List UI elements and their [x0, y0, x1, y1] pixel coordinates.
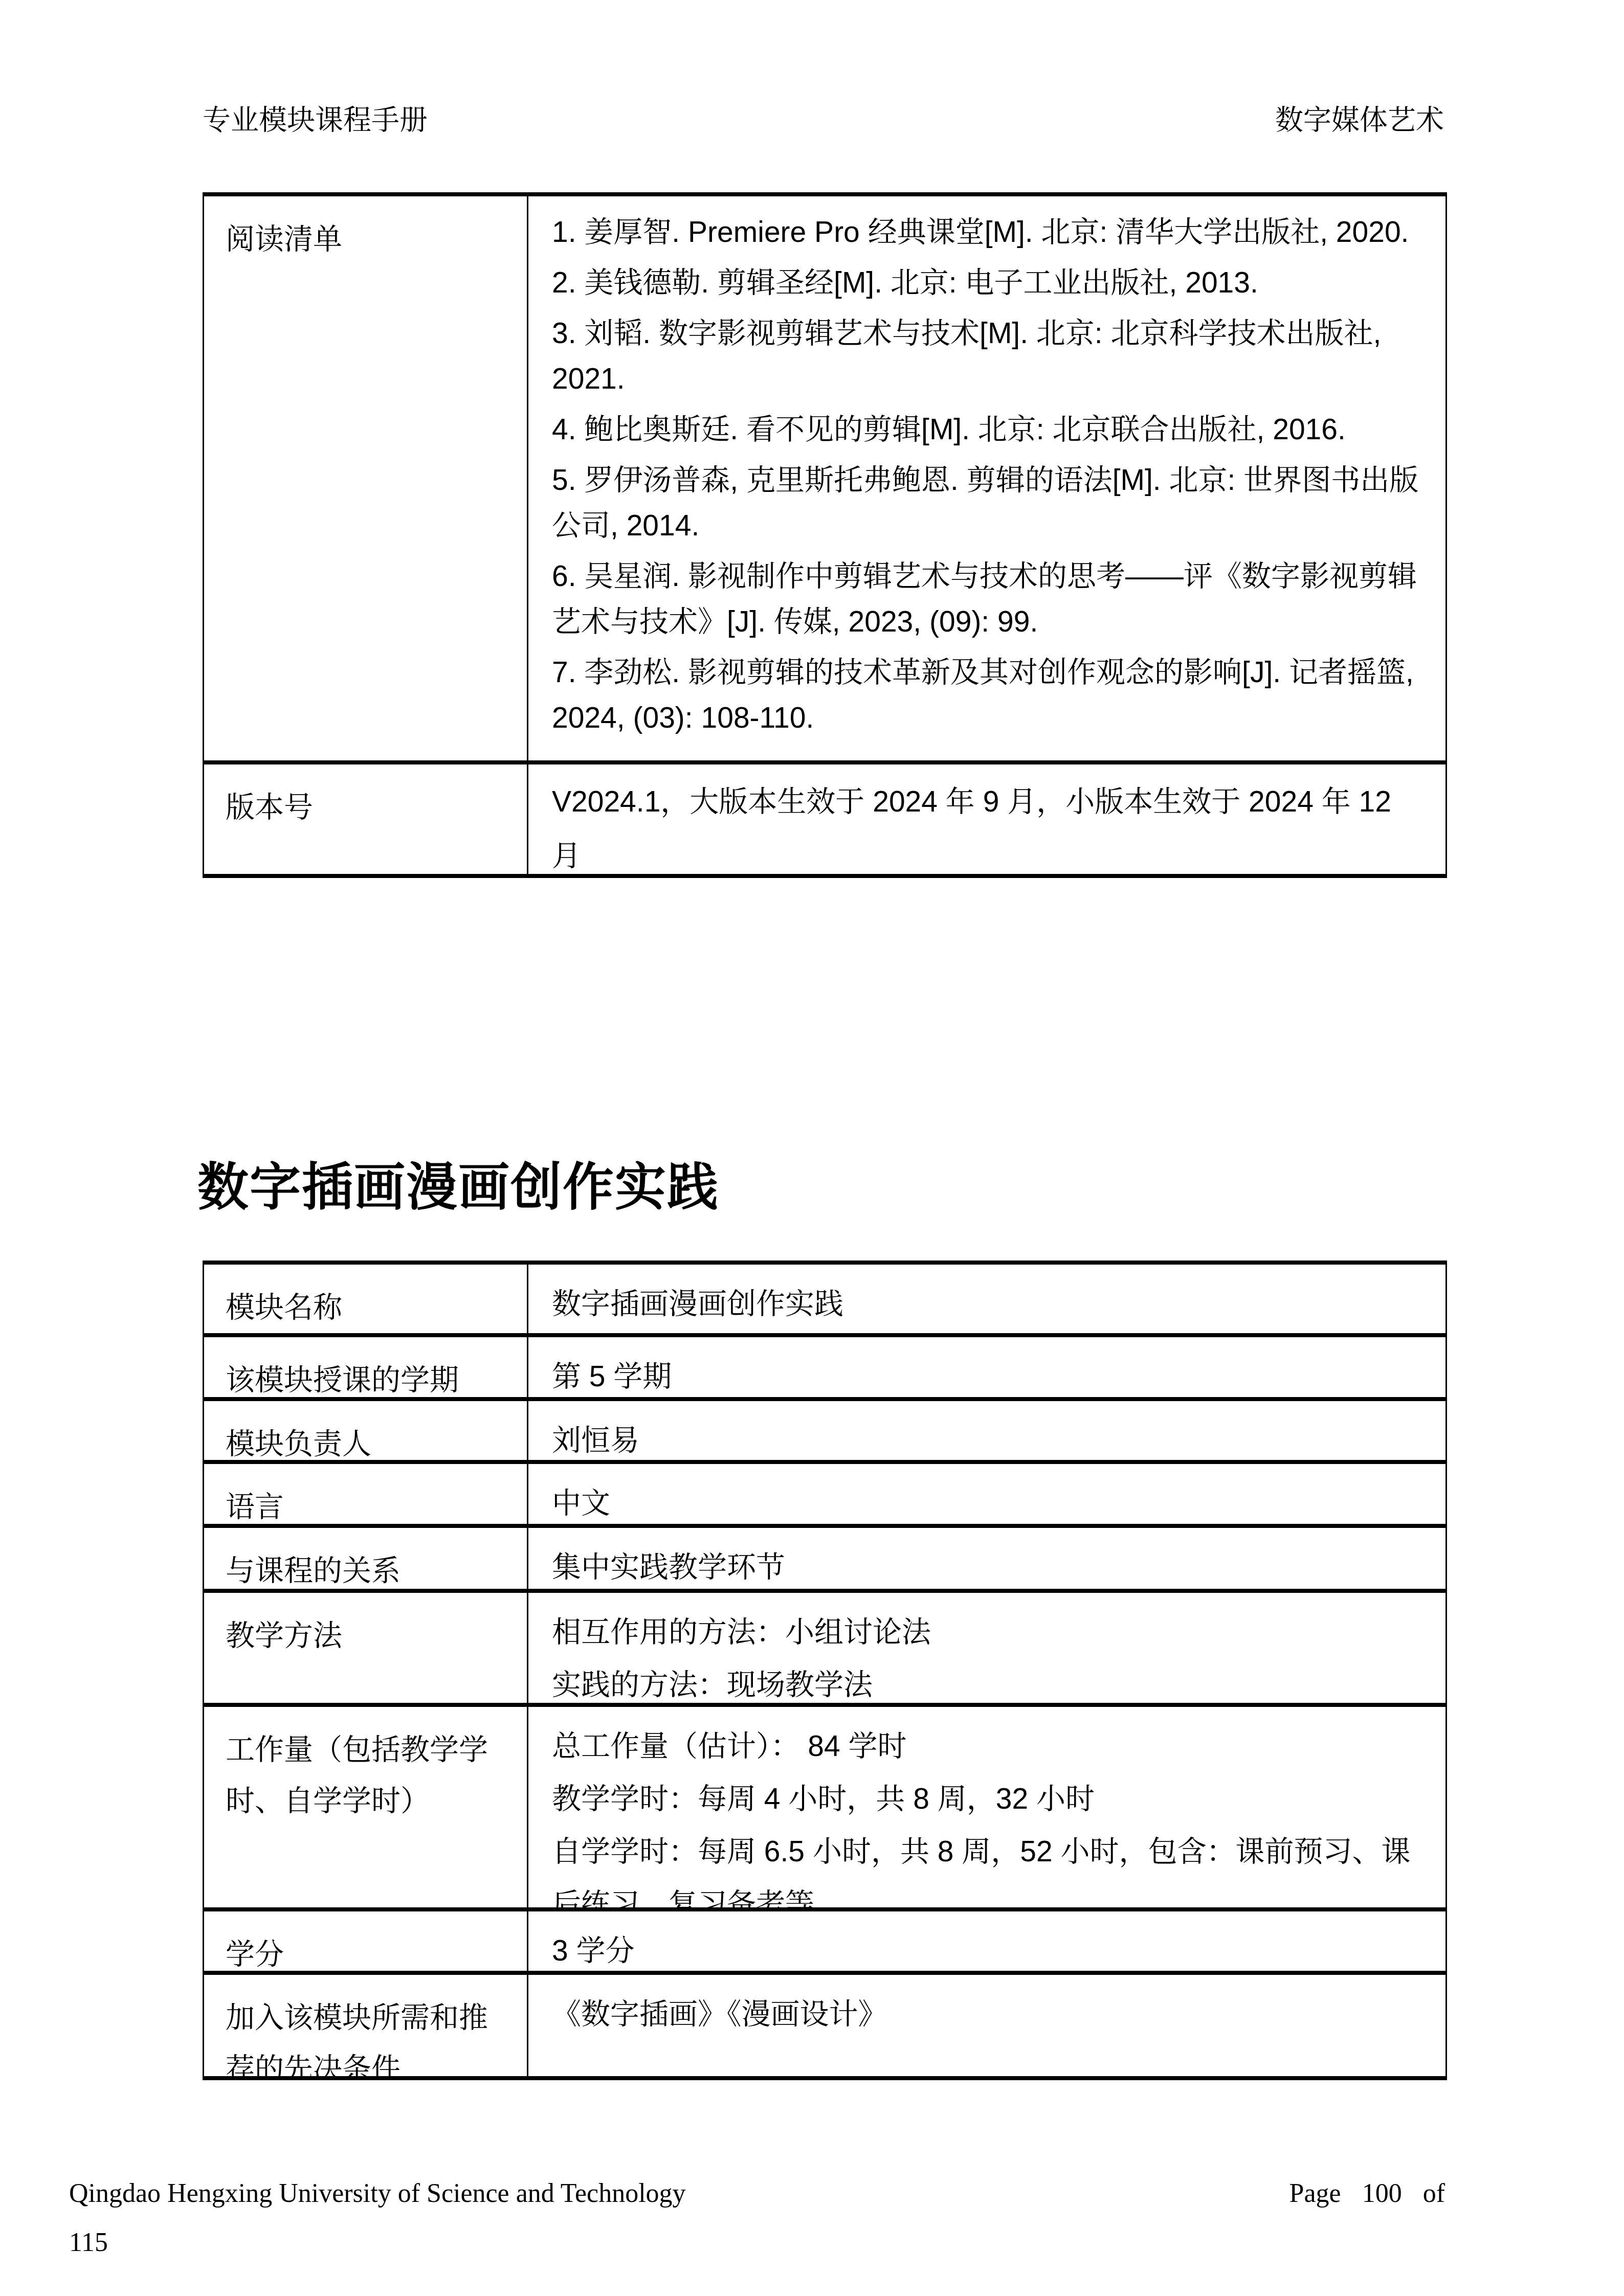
row-label: 教学方法	[204, 1593, 528, 1703]
header-doc-title: 专业模块课程手册	[203, 101, 428, 138]
reading-item: 1. 姜厚智. Premiere Pro 经典课堂[M]. 北京: 清华大学出版…	[552, 210, 1427, 255]
footer-page-number: Page 100 of	[1289, 2169, 1445, 2218]
value-line: 相互作用的方法：小组讨论法	[552, 1606, 1427, 1659]
table-row-credits: 学分 3 学分	[204, 1907, 1445, 1971]
row-value: 总工作量（估计）： 84 学时 教学学时：每周 4 小时，共 8 周，32 小时…	[528, 1707, 1445, 1907]
table-row-reading-list: 阅读清单 1. 姜厚智. Premiere Pro 经典课堂[M]. 北京: 清…	[204, 196, 1445, 760]
row-value: 相互作用的方法：小组讨论法 实践的方法：现场教学法	[528, 1593, 1445, 1703]
row-label: 语言	[204, 1464, 528, 1524]
reading-item: 2. 美钱德勒. 剪辑圣经[M]. 北京: 电子工业出版社, 2013.	[552, 260, 1427, 306]
row-value: 3 学分	[528, 1911, 1445, 1971]
row-value: 《数字插画》《漫画设计》	[528, 1975, 1445, 2076]
value-line: 3 学分	[552, 1925, 1427, 1971]
table-row-prerequisites: 加入该模块所需和推荐的先决条件 《数字插画》《漫画设计》	[204, 1971, 1445, 2076]
value-line: 教学学时：每周 4 小时，共 8 周，32 小时	[552, 1773, 1427, 1826]
header-program-name: 数字媒体艺术	[1275, 101, 1444, 138]
reading-item: 7. 李劲松. 影视剪辑的技术革新及其对创作观念的影响[J]. 记者摇篮, 20…	[552, 650, 1427, 741]
value-line: 实践的方法：现场教学法	[552, 1659, 1427, 1703]
row-value: 第 5 学期	[528, 1337, 1445, 1397]
value-line: 刘恒易	[552, 1414, 1427, 1460]
value-line: 集中实践教学环节	[552, 1541, 1427, 1589]
version-value: V2024.1，大版本生效于 2024 年 9 月，小版本生效于 2024 年 …	[528, 764, 1445, 874]
footer-line-1: Qingdao Hengxing University of Science a…	[69, 2169, 1445, 2218]
row-label: 模块负责人	[204, 1401, 528, 1460]
table-row-workload: 工作量（包括教学学时、自学学时） 总工作量（估计）： 84 学时 教学学时：每周…	[204, 1703, 1445, 1907]
row-label: 加入该模块所需和推荐的先决条件	[204, 1975, 528, 2076]
table-row-version: 版本号 V2024.1，大版本生效于 2024 年 9 月，小版本生效于 202…	[204, 760, 1445, 874]
row-value: 中文	[528, 1464, 1445, 1524]
row-value: 数字插画漫画创作实践	[528, 1265, 1445, 1333]
row-label: 版本号	[204, 764, 528, 874]
footer-university: Qingdao Hengxing University of Science a…	[69, 2169, 686, 2218]
row-label: 与课程的关系	[204, 1528, 528, 1589]
row-label: 该模块授课的学期	[204, 1337, 528, 1397]
page-header: 专业模块课程手册 数字媒体艺术	[203, 101, 1444, 138]
module-info-table: 模块名称 数字插画漫画创作实践 该模块授课的学期 第 5 学期 模块负责人 刘恒…	[203, 1260, 1447, 2080]
version-line: V2024.1，大版本生效于 2024 年 9 月，小版本生效于 2024 年 …	[552, 775, 1427, 874]
value-line: 《数字插画》《漫画设计》	[552, 1988, 1427, 2041]
section-title: 数字插画漫画创作实践	[197, 1157, 719, 1218]
table-row-curriculum-relation: 与课程的关系 集中实践教学环节	[204, 1524, 1445, 1589]
row-label: 学分	[204, 1911, 528, 1971]
value-line: 第 5 学期	[552, 1350, 1427, 1397]
table-row-teaching-methods: 教学方法 相互作用的方法：小组讨论法 实践的方法：现场教学法	[204, 1589, 1445, 1703]
course-table-continuation: 阅读清单 1. 姜厚智. Premiere Pro 经典课堂[M]. 北京: 清…	[203, 192, 1447, 878]
reading-item: 6. 吴星润. 影视制作中剪辑艺术与技术的思考——评《数字影视剪辑艺术与技术》[…	[552, 554, 1427, 645]
reading-item: 4. 鲍比奥斯廷. 看不见的剪辑[M]. 北京: 北京联合出版社, 2016.	[552, 407, 1427, 453]
reading-item: 5. 罗伊汤普森, 克里斯托弗鲍恩. 剪辑的语法[M]. 北京: 世界图书出版公…	[552, 458, 1427, 549]
table-row-module-leader: 模块负责人 刘恒易	[204, 1397, 1445, 1460]
row-label: 模块名称	[204, 1265, 528, 1333]
row-label: 工作量（包括教学学时、自学学时）	[204, 1707, 528, 1907]
row-value: 刘恒易	[528, 1401, 1445, 1460]
value-line: 自学学时：每周 6.5 小时，共 8 周，52 小时，包含：课前预习、课后练习、…	[552, 1826, 1427, 1907]
value-line: 中文	[552, 1477, 1427, 1524]
row-label: 阅读清单	[204, 196, 528, 760]
value-line: 总工作量（估计）： 84 学时	[552, 1720, 1427, 1773]
reading-item: 3. 刘韬. 数字影视剪辑艺术与技术[M]. 北京: 北京科学技术出版社, 20…	[552, 311, 1427, 402]
page-footer: Qingdao Hengxing University of Science a…	[69, 2169, 1445, 2267]
value-line: 数字插画漫画创作实践	[552, 1278, 1427, 1331]
table-row-module-name: 模块名称 数字插画漫画创作实践	[204, 1265, 1445, 1333]
document-page: 专业模块课程手册 数字媒体艺术 阅读清单 1. 姜厚智. Premiere Pr…	[0, 0, 1624, 2296]
footer-page-total: 115	[69, 2218, 1445, 2267]
row-value: 集中实践教学环节	[528, 1528, 1445, 1589]
reading-list: 1. 姜厚智. Premiere Pro 经典课堂[M]. 北京: 清华大学出版…	[528, 196, 1445, 760]
table-row-semester: 该模块授课的学期 第 5 学期	[204, 1333, 1445, 1397]
table-row-language: 语言 中文	[204, 1460, 1445, 1524]
